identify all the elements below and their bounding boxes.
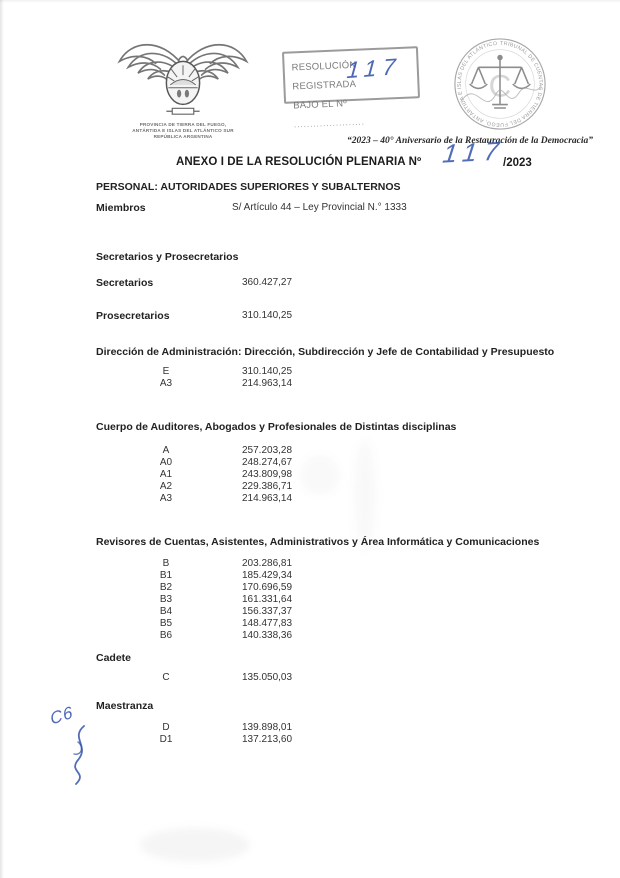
row-value: 310.140,25: [242, 310, 292, 322]
row-value: 243.809,98: [242, 469, 292, 481]
salary-row: B5 148.477,83: [96, 618, 576, 630]
stamp-line2: BAJO EL Nº ......................: [293, 92, 412, 135]
row-code: A3: [146, 378, 186, 390]
registration-stamp: RESOLUCIÓN REGISTRADA BAJO EL Nº .......…: [282, 46, 420, 104]
row-code: A2: [146, 481, 186, 493]
salary-row: A0 248.274,67: [96, 457, 576, 469]
row-code: A: [146, 445, 186, 457]
salary-row: B1 185.429,34: [96, 570, 576, 582]
row-code: B5: [146, 618, 186, 630]
scan-smudge: [140, 828, 250, 862]
salary-row: C 135.050,03: [96, 672, 576, 684]
scanned-resolution-page: PROVINCIA DE TIERRA DEL FUEGO, ANTÁRTIDA…: [0, 0, 620, 878]
row-value: 248.274,67: [242, 457, 292, 469]
row-value: 229.386,71: [242, 481, 292, 493]
title-handwritten-number: 117: [441, 135, 508, 169]
row-label: Miembros: [96, 202, 146, 214]
salary-group-secretarios: Secretarios y Prosecretarios Secretarios…: [96, 251, 576, 322]
scales-of-justice-icon: [470, 56, 531, 108]
salary-group-maestranza: Maestranza D 139.898,01 D1 137.213,60: [96, 700, 576, 746]
miembros-row: Miembros S/ Artículo 44 – Ley Provincial…: [96, 202, 576, 214]
salary-row: B6 140.338,36: [96, 630, 576, 642]
row-code: B3: [146, 594, 186, 606]
salary-row: A 257.203,28: [96, 445, 576, 457]
salary-group-auditores: Cuerpo de Auditores, Abogados y Profesio…: [96, 421, 576, 505]
row-code: B: [146, 558, 186, 570]
row-code: C: [146, 672, 186, 684]
salary-row: E 310.140,25: [96, 366, 576, 378]
handwritten-squiggle-icon: [58, 722, 102, 790]
row-code: A3: [146, 493, 186, 505]
stamp-line2-label: BAJO EL Nº: [293, 98, 347, 111]
coat-of-arms-icon: [109, 34, 257, 122]
row-value: 137.213,60: [242, 734, 292, 746]
row-value: 161.331,64: [242, 594, 292, 606]
row-code: B6: [146, 630, 186, 642]
group-heading: Maestranza: [96, 700, 576, 712]
miembros-block: Miembros S/ Artículo 44 – Ley Provincial…: [96, 202, 576, 214]
stamp-dotted-line: ......................: [294, 117, 365, 129]
group-heading: Cuerpo de Auditores, Abogados y Profesio…: [96, 421, 576, 433]
row-code: B2: [146, 582, 186, 594]
row-value: 156.337,37: [242, 606, 292, 618]
salary-row: B4 156.337,37: [96, 606, 576, 618]
row-value: 148.477,83: [242, 618, 292, 630]
title-year: /2023: [503, 157, 532, 169]
row-value: 360.427,27: [242, 277, 292, 289]
row-value: 214.963,14: [242, 493, 292, 505]
salary-row: D 139.898,01: [96, 722, 576, 734]
row-code: A0: [146, 457, 186, 469]
coat-of-arms-caption-line3: REPÚBLICA ARGENTINA: [108, 134, 258, 140]
salary-row: Prosecretarios 310.140,25: [96, 310, 576, 322]
group-heading: Revisores de Cuentas, Asistentes, Admini…: [96, 536, 576, 548]
section-heading: PERSONAL: AUTORIDADES SUPERIORES Y SUBAL…: [96, 181, 401, 193]
row-code: D: [146, 722, 186, 734]
salary-row: A3 214.963,14: [96, 378, 576, 390]
row-value: 310.140,25: [242, 366, 292, 378]
row-code: A1: [146, 469, 186, 481]
row-value: 140.338,36: [242, 630, 292, 642]
row-value: 170.696,59: [242, 582, 292, 594]
salary-group-direccion: Dirección de Administración: Dirección, …: [96, 346, 576, 390]
salary-group-revisores: Revisores de Cuentas, Asistentes, Admini…: [96, 536, 576, 642]
row-value: 135.050,03: [242, 672, 292, 684]
row-value: 257.203,28: [242, 445, 292, 457]
salary-group-cadete: Cadete C 135.050,03: [96, 652, 576, 684]
salary-row: B3 161.331,64: [96, 594, 576, 606]
salary-row: A3 214.963,14: [96, 493, 576, 505]
salary-row: Secretarios 360.427,27: [96, 277, 576, 289]
row-value: 185.429,34: [242, 570, 292, 582]
row-value: 139.898,01: [242, 722, 292, 734]
group-heading: Cadete: [96, 652, 576, 664]
salary-row: A1 243.809,98: [96, 469, 576, 481]
row-label: Secretarios: [96, 277, 153, 289]
row-code: E: [146, 366, 186, 378]
salary-row: B2 170.696,59: [96, 582, 576, 594]
tribunal-seal-icon: TRIBUNAL DE CUENTAS DE TIERRA DEL FUEGO,…: [451, 35, 549, 133]
salary-row: A2 229.386,71: [96, 481, 576, 493]
coat-of-arms: PROVINCIA DE TIERRA DEL FUEGO, ANTÁRTIDA…: [108, 34, 258, 140]
group-heading: Secretarios y Prosecretarios: [96, 251, 576, 263]
row-code: D1: [146, 734, 186, 746]
row-label: Prosecretarios: [96, 310, 170, 322]
page-title: ANEXO I DE LA RESOLUCIÓN PLENARIA Nº: [176, 156, 421, 168]
salary-row: D1 137.213,60: [96, 734, 576, 746]
row-value: 214.963,14: [242, 378, 292, 390]
row-value: S/ Artículo 44 – Ley Provincial N.° 1333: [232, 202, 407, 214]
row-code: B1: [146, 570, 186, 582]
row-code: B4: [146, 606, 186, 618]
stamp-handwritten-number: 117: [346, 57, 402, 80]
salary-row: B 203.286,81: [96, 558, 576, 570]
row-value: 203.286,81: [242, 558, 292, 570]
group-heading: Dirección de Administración: Dirección, …: [96, 346, 576, 358]
